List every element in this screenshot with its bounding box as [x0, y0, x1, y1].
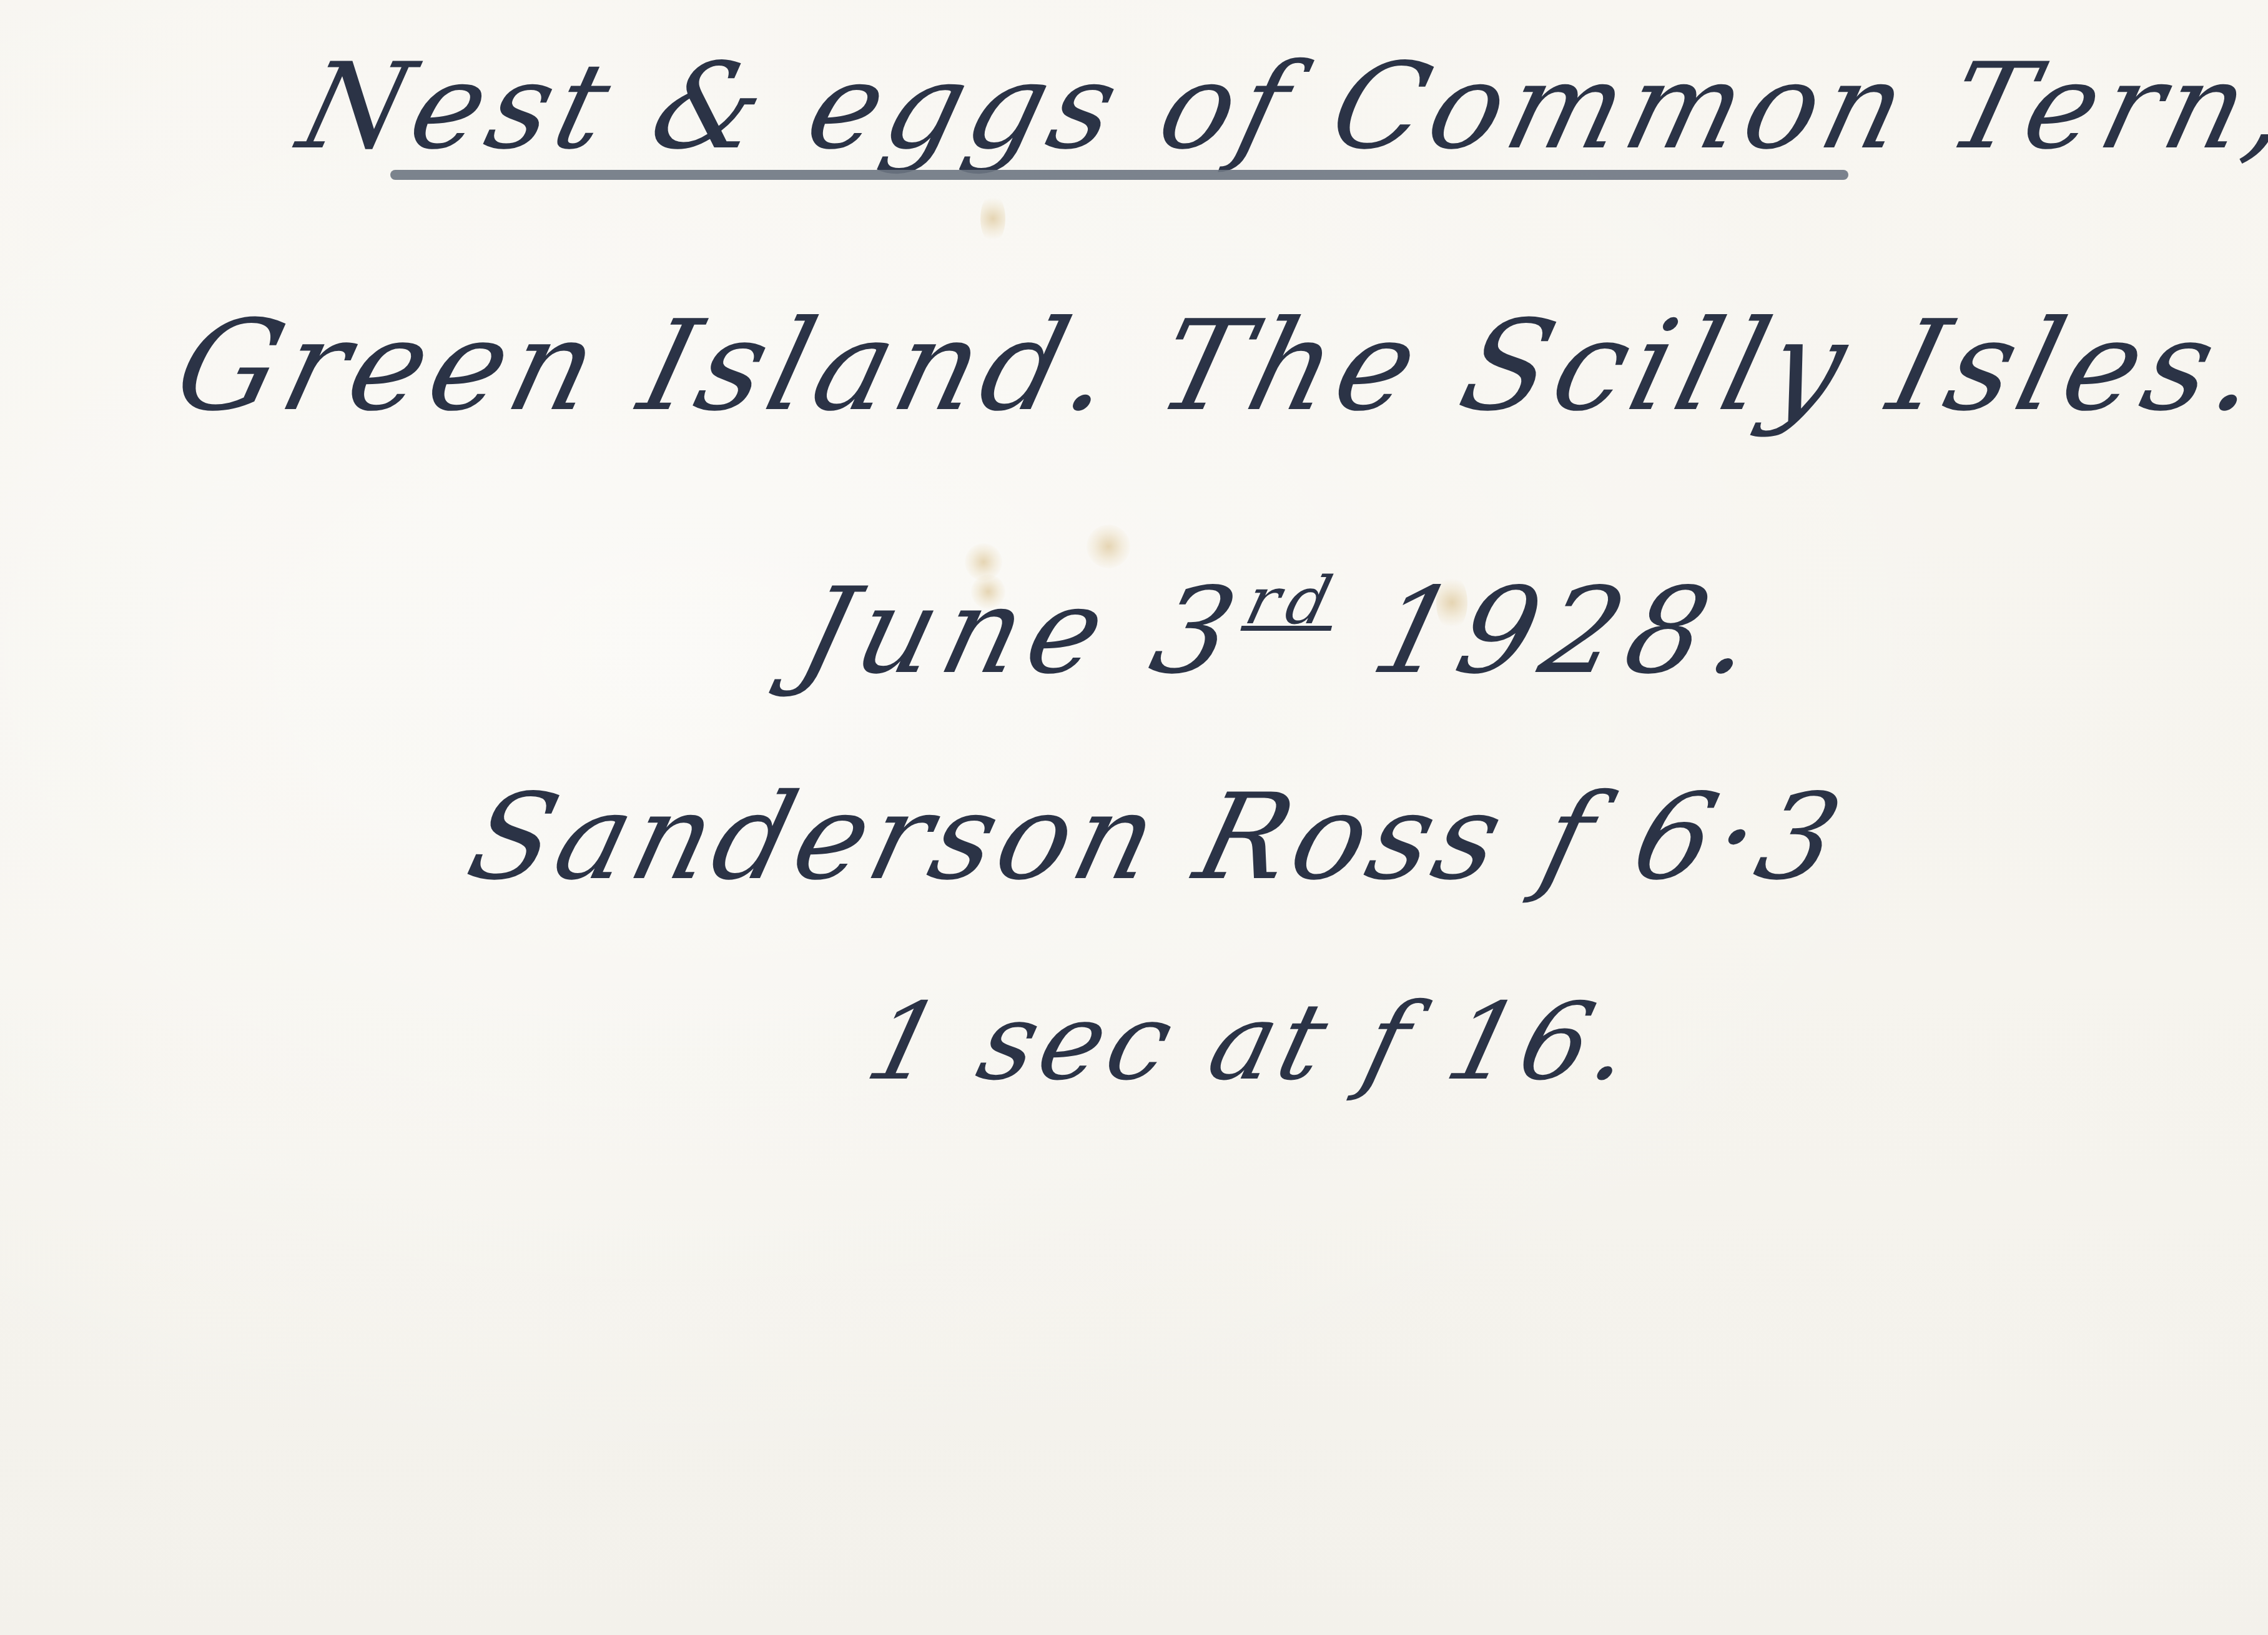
- caption-camera-lens: Sanderson Ross f 6·3: [456, 768, 1858, 906]
- caption-date: June 3rd 1928.: [787, 562, 1778, 700]
- caption-location: Green Island. The Scilly Isles.: [162, 294, 2268, 439]
- foxing-stain: [980, 194, 1005, 244]
- date-year: 1928.: [1360, 562, 1778, 700]
- date-month: June: [787, 562, 1127, 700]
- title-underline: [390, 170, 1848, 180]
- date-ordinal: rd: [1238, 563, 1348, 639]
- caption-exposure: 1 sec at f 16.: [855, 981, 1650, 1104]
- caption-title: Nest & eggs of Common Tern,: [287, 37, 2268, 175]
